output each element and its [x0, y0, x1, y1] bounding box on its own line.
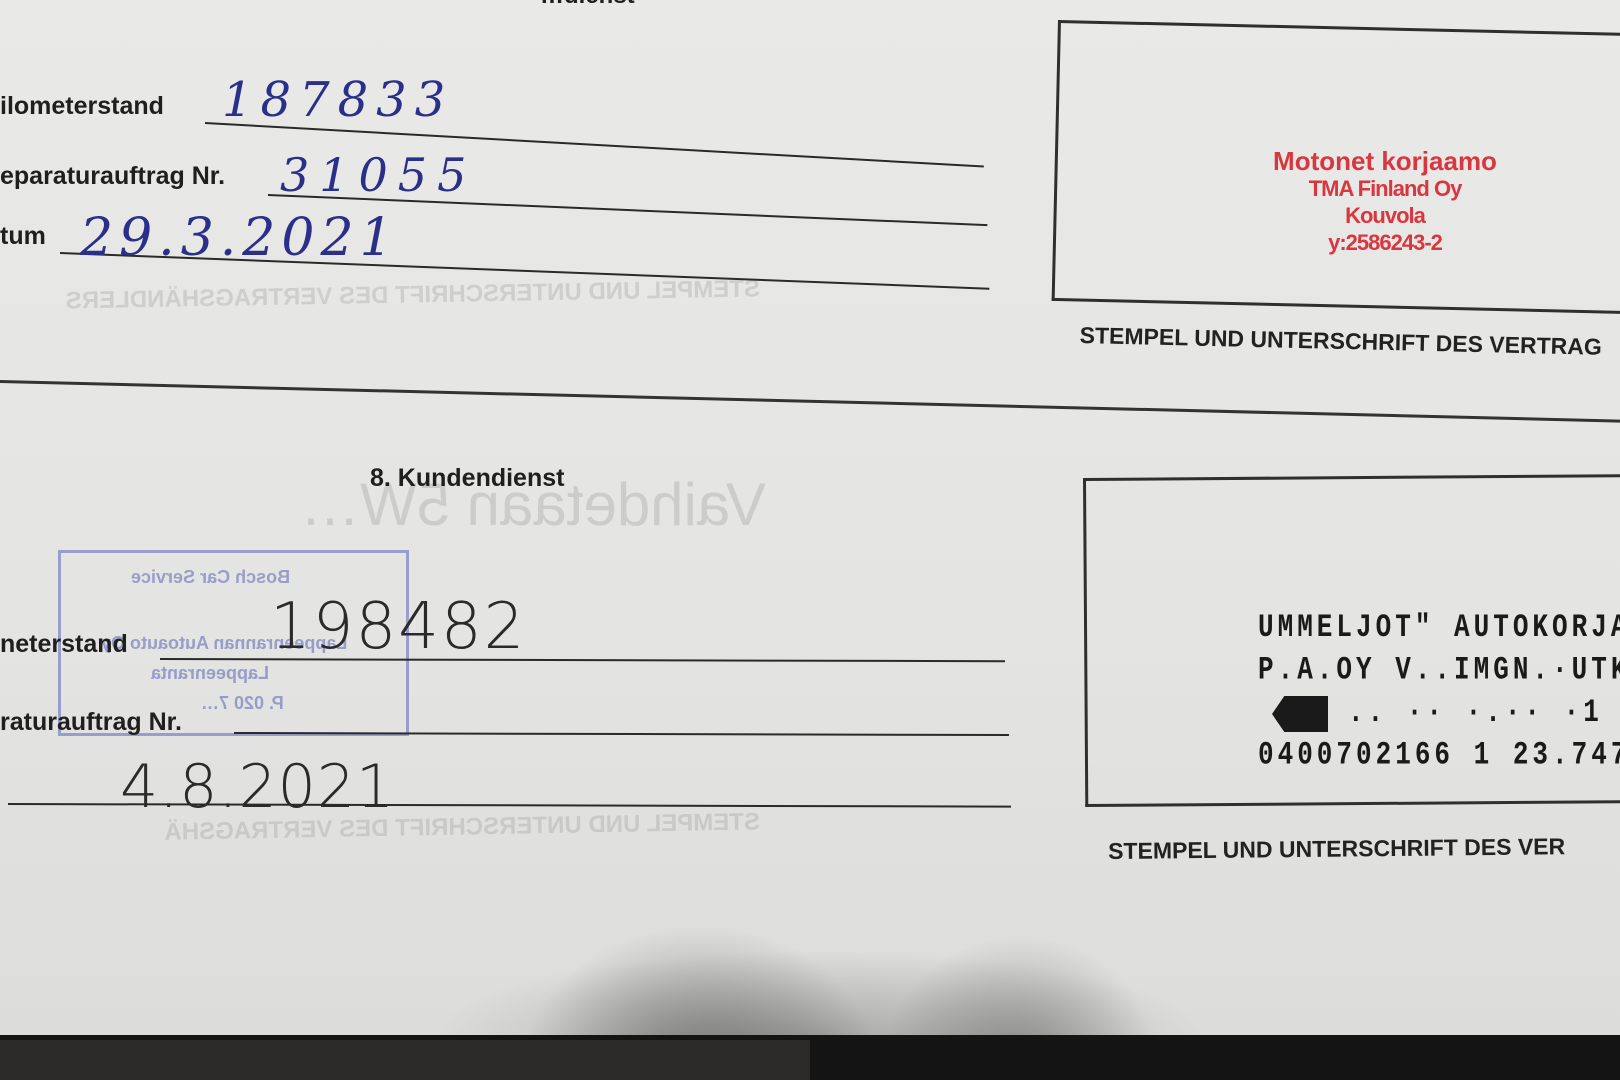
stamp-line: P.A.OY V..IMGN.·UTK [1258, 649, 1620, 692]
stamp-caption-lower: STEMPEL UND UNTERSCHRIFT DES VER [1108, 833, 1565, 865]
auftrag-label-lower: raturauftrag Nr. [0, 708, 182, 737]
kilometerstand-label-upper: ilometerstand [0, 92, 164, 121]
stamp-caption-upper: STEMPEL UND UNTERSCHRIFT DES VERTRAG [1079, 322, 1602, 361]
stamp-line: 0400702166 1 23.747 [1258, 734, 1620, 777]
stamp-line: UMMELJOT" AUTOKORJA [1258, 606, 1620, 649]
kilometerstand-value-lower: 198482 [270, 590, 526, 664]
ghost-caption-upper: STEMPEL UND UNTERSCHRIFT DES VERTRAGSHÄN… [0, 275, 760, 316]
section-divider [0, 380, 1620, 423]
stamp-line: y:2586243-2 [1235, 229, 1535, 256]
service-booklet-page: STEMPEL UND UNTERSCHRIFT DES VERTRAGSHÄN… [0, 0, 1620, 1045]
kilometerstand-value-upper: 187833 [222, 72, 453, 128]
stamp-line: Bosch Car Service [131, 567, 290, 588]
red-workshop-stamp: Motonet korjaamo TMA Finland Oy Kouvola … [1235, 148, 1535, 256]
background-surface-left [0, 1040, 810, 1080]
top-cut-heading: …dienst [540, 0, 635, 10]
stamp-line: Kouvola [1235, 202, 1535, 229]
datum-label-upper: tum [0, 222, 46, 251]
datum-value-lower: 4.8.2021 [120, 752, 395, 822]
stamp-line: TMA Finland Oy [1235, 175, 1535, 202]
stamp-line: Motonet korjaamo [1235, 148, 1535, 175]
kilometerstand-label-lower: neterstand [0, 630, 128, 659]
auftrag-label-upper: eparaturauftrag Nr. [0, 162, 225, 191]
black-workshop-stamp: UMMELJOT" AUTOKORJA P.A.OY V..IMGN.·UTK … [1258, 606, 1620, 776]
datum-value-upper: 29.3.2021 [80, 208, 399, 268]
stamp-line: P. 020 7… [201, 693, 284, 714]
section-title-kundendienst: 8. Kundendienst [370, 464, 564, 493]
auftrag-value-upper: 31055 [280, 148, 476, 202]
stamp-line: Lappeenranta [151, 663, 269, 684]
